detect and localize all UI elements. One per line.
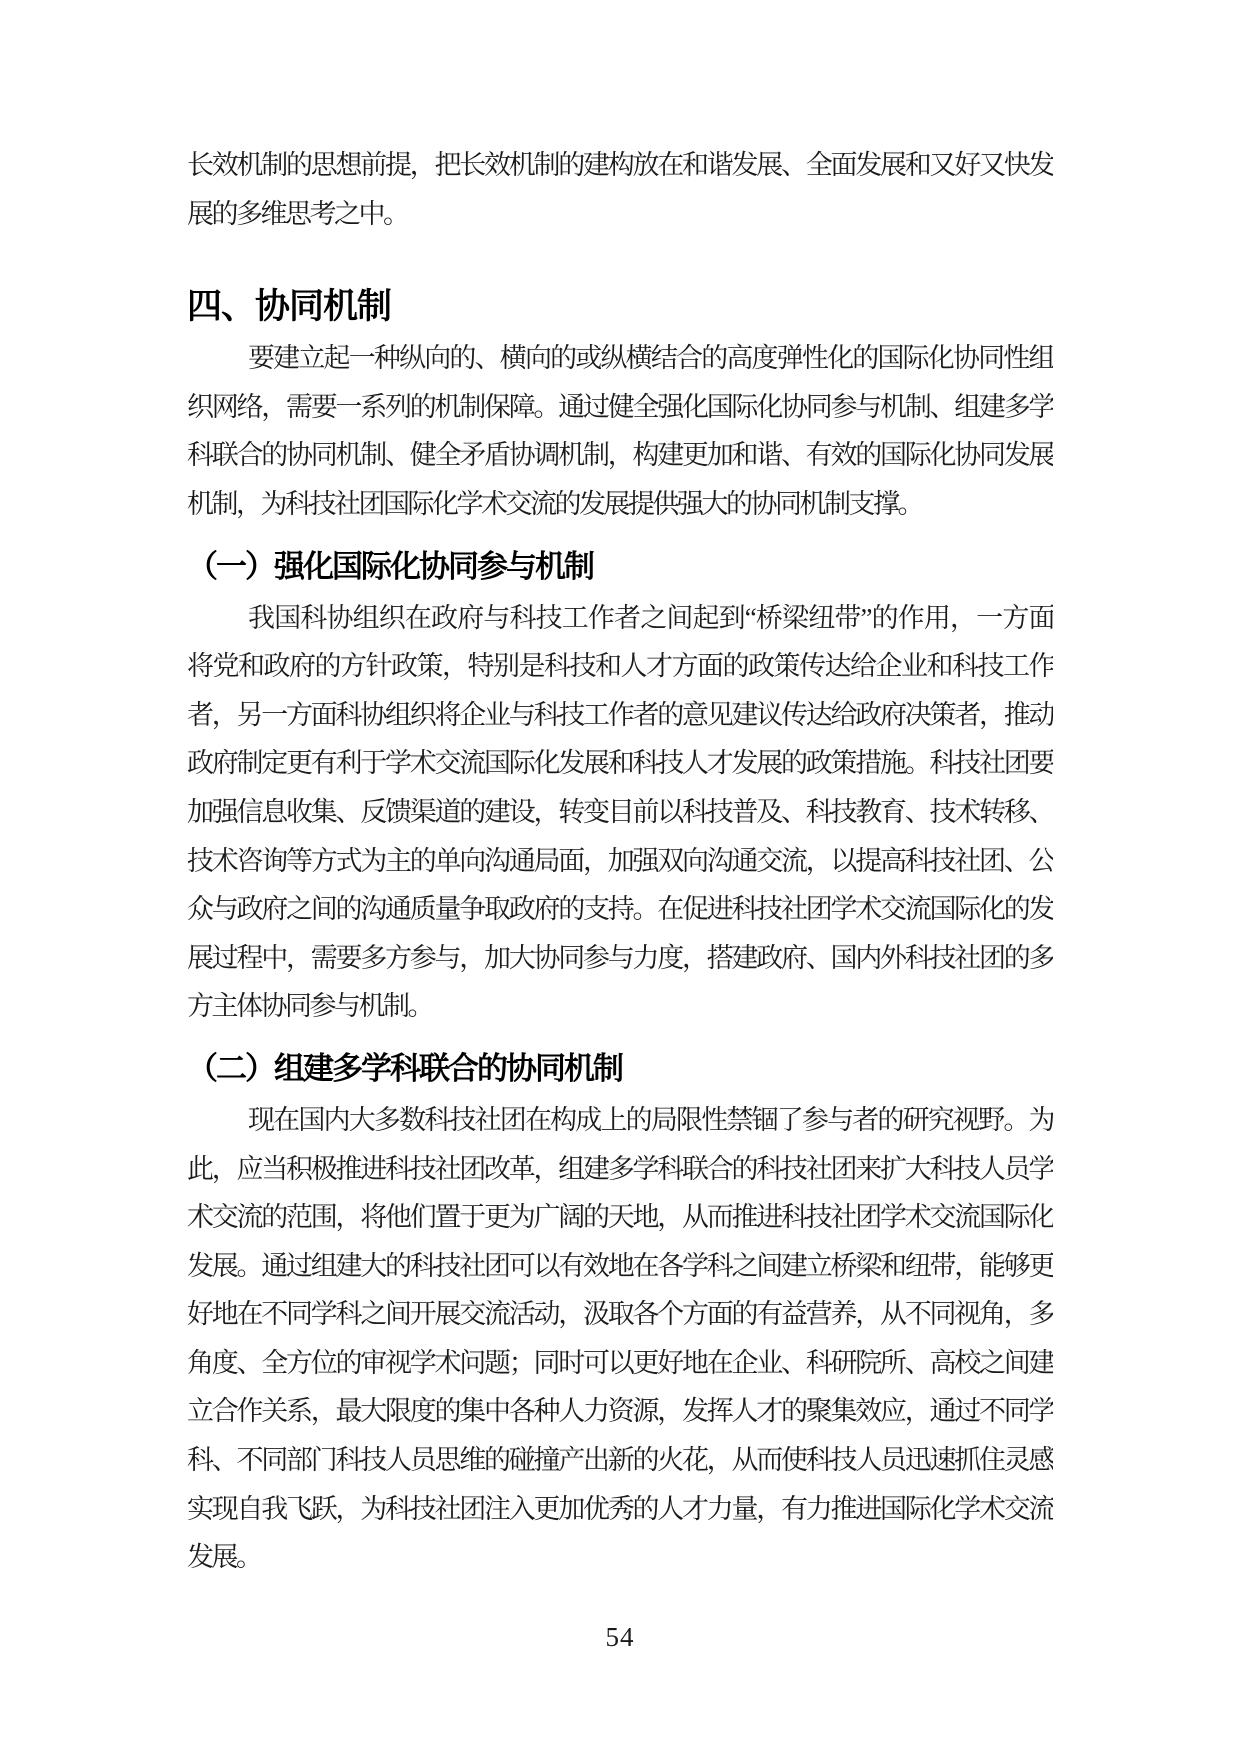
section-heading: 四、协同机制 — [187, 284, 1053, 330]
page-footer: 54 — [0, 1622, 1240, 1652]
text-line: 科、不同部门科技人员思维的碰撞产出新的火花，从而使科技人员迅速抓住灵感 — [187, 1436, 1053, 1485]
text-line: 好地在不同学科之间开展交流活动，汲取各个方面的有益营养，从不同视角，多 — [187, 1290, 1053, 1339]
text-line: 展过程中，需要多方参与，加大协同参与力度，搭建政府、国内外科技社团的多 — [187, 934, 1053, 983]
text-line: 实现自我飞跃，为科技社团注入更加优秀的人才力量，有力推进国际化学术交流 — [187, 1485, 1053, 1534]
text-line: 展的多维思考之中。 — [187, 190, 1053, 239]
text-line: 政府制定更有利于学术交流国际化发展和科技人才发展的政策措施。科技社团要 — [187, 739, 1053, 788]
text-line: 长效机制的思想前提，把长效机制的建构放在和谐发展、全面发展和又好又快发 — [187, 141, 1053, 190]
text-line: 发展。 — [187, 1533, 1053, 1582]
text-line: 技术咨询等方式为主的单向沟通局面，加强双向沟通交流，以提高科技社团、公 — [187, 837, 1053, 886]
text-line: 立合作关系，最大限度的集中各种人力资源，发挥人才的聚集效应，通过不同学 — [187, 1387, 1053, 1436]
text-line: 科联合的协同机制、健全矛盾协调机制，构建更加和谐、有效的国际化协同发展 — [187, 431, 1053, 480]
text-line: 织网络，需要一系列的机制保障。通过健全强化国际化协同参与机制、组建多学 — [187, 383, 1053, 432]
text-line: 我国科协组织在政府与科技工作者之间起到“桥梁纽带”的作用，一方面 — [187, 594, 1053, 643]
paragraph: 我国科协组织在政府与科技工作者之间起到“桥梁纽带”的作用，一方面将党和政府的方针… — [187, 594, 1053, 1031]
text-line: 众与政府之间的沟通质量争取政府的支持。在促进科技社团学术交流国际化的发 — [187, 885, 1053, 934]
page-number: 54 — [606, 1622, 635, 1652]
text-line: 此，应当积极推进科技社团改革，组建多学科联合的科技社团来扩大科技人员学 — [187, 1145, 1053, 1194]
subsection-heading: （二）组建多学科联合的协同机制 — [187, 1048, 1053, 1090]
text-line: 加强信息收集、反馈渠道的建设，转变目前以科技普及、科技教育、技术转移、 — [187, 788, 1053, 837]
text-line: 发展。通过组建大的科技社团可以有效地在各学科之间建立桥梁和纽带，能够更 — [187, 1242, 1053, 1291]
document-content: 长效机制的思想前提，把长效机制的建构放在和谐发展、全面发展和又好又快发展的多维思… — [0, 0, 1240, 1582]
text-line: 术交流的范围，将他们置于更为广阔的天地，从而推进科技社团学术交流国际化 — [187, 1193, 1053, 1242]
paragraph: 现在国内大多数科技社团在构成上的局限性禁锢了参与者的研究视野。为此，应当积极推进… — [187, 1096, 1053, 1582]
subsection-heading: （一）强化国际化协同参与机制 — [187, 546, 1053, 588]
text-line: 将党和政府的方针政策，特别是科技和人才方面的政策传达给企业和科技工作 — [187, 642, 1053, 691]
paragraph: 要建立起一种纵向的、横向的或纵横结合的高度弹性化的国际化协同性组织网络，需要一系… — [187, 334, 1053, 528]
document-page: 长效机制的思想前提，把长效机制的建构放在和谐发展、全面发展和又好又快发展的多维思… — [0, 0, 1240, 1753]
text-line: 要建立起一种纵向的、横向的或纵横结合的高度弹性化的国际化协同性组 — [187, 334, 1053, 383]
paragraph: 长效机制的思想前提，把长效机制的建构放在和谐发展、全面发展和又好又快发展的多维思… — [187, 141, 1053, 238]
text-line: 方主体协同参与机制。 — [187, 982, 1053, 1031]
text-line: 现在国内大多数科技社团在构成上的局限性禁锢了参与者的研究视野。为 — [187, 1096, 1053, 1145]
text-line: 角度、全方位的审视学术问题；同时可以更好地在企业、科研院所、高校之间建 — [187, 1339, 1053, 1388]
text-line: 机制，为科技社团国际化学术交流的发展提供强大的协同机制支撑。 — [187, 480, 1053, 529]
text-line: 者，另一方面科协组织将企业与科技工作者的意见建议传达给政府决策者，推动 — [187, 691, 1053, 740]
